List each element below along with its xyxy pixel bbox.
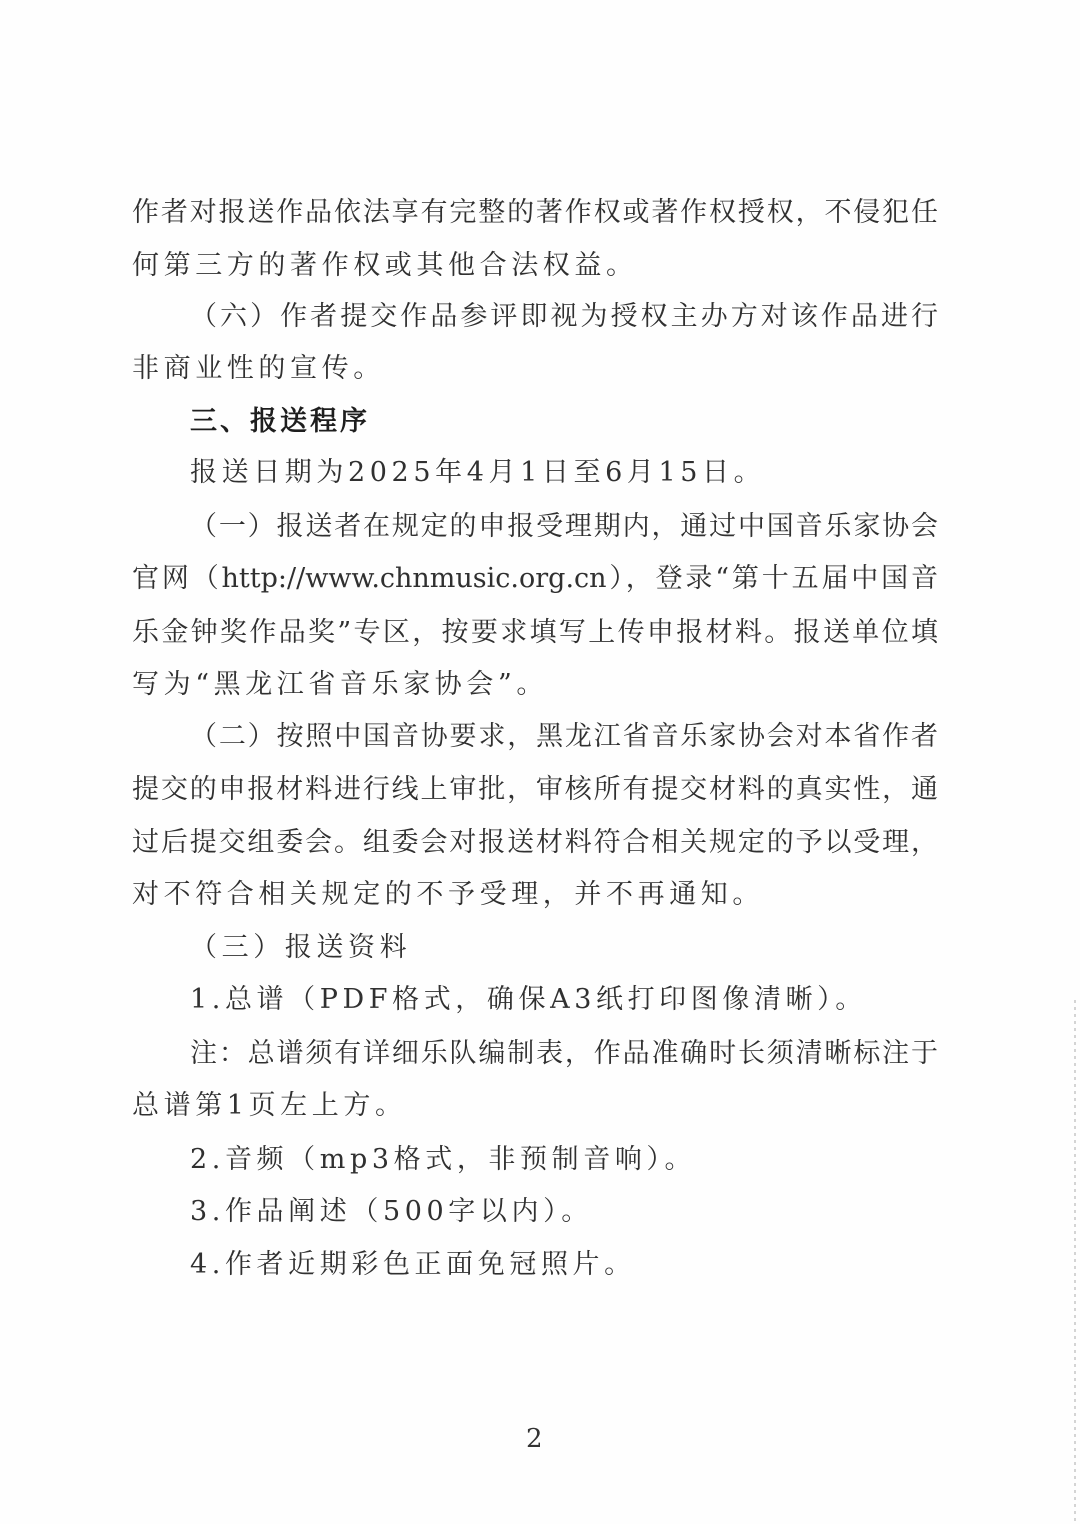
page-number: 2 (526, 1424, 543, 1454)
list-item: 3.作品阐述（500字以内）。 (190, 1195, 593, 1229)
note-line: 总谱第1页左上方。 (132, 1089, 407, 1123)
paragraph-line: （六）作者提交作品参评即视为授权主办方对该作品进行 (190, 300, 938, 334)
subsection-heading: （三）报送资料 (190, 931, 411, 965)
note-line: 注：总谱须有详细乐队编制表，作品准确时长须清晰标注于 (190, 1037, 938, 1071)
paragraph-line-url: 官网（http://www.chnmusic.org.cn），登录“第十五届中国… (132, 562, 938, 596)
paragraph-line: 作者对报送作品依法享有完整的著作权或著作权授权，不侵犯任 (132, 196, 938, 230)
list-item: 1.总谱（PDF格式，确保A3纸打印图像清晰）。 (190, 983, 867, 1017)
paragraph-line: 乐金钟奖作品奖”专区，按要求填写上传申报材料。报送单位填 (132, 616, 938, 650)
list-item: 2.音频（mp3格式，非预制音响）。 (190, 1143, 696, 1177)
document-page: 作者对报送作品依法享有完整的著作权或著作权授权，不侵犯任 何第三方的著作权或其他… (0, 0, 1080, 1524)
paragraph-line: 提交的申报材料进行线上审批，审核所有提交材料的真实性，通 (132, 773, 938, 807)
paragraph-line: 非商业性的宣传。 (132, 352, 385, 386)
paragraph-line: 写为“黑龙江省音乐家协会”。 (132, 668, 548, 702)
paragraph-line: （二）按照中国音协要求，黑龙江省音乐家协会对本省作者 (190, 720, 938, 754)
paragraph-line: （一）报送者在规定的申报受理期内，通过中国音乐家协会 (190, 510, 938, 544)
paragraph-line: 何第三方的著作权或其他合法权益。 (132, 249, 638, 283)
list-item: 4.作者近期彩色正面免冠照片。 (190, 1248, 636, 1282)
submission-date: 报送日期为2025年4月1日至6月15日。 (190, 456, 765, 490)
paragraph-line: 过后提交组委会。组委会对报送材料符合相关规定的予以受理， (132, 826, 938, 860)
scan-edge-artifact (1074, 1000, 1076, 1524)
section-heading: 三、报送程序 (190, 405, 370, 439)
paragraph-line: 对不符合相关规定的不予受理，并不再通知。 (132, 878, 764, 912)
